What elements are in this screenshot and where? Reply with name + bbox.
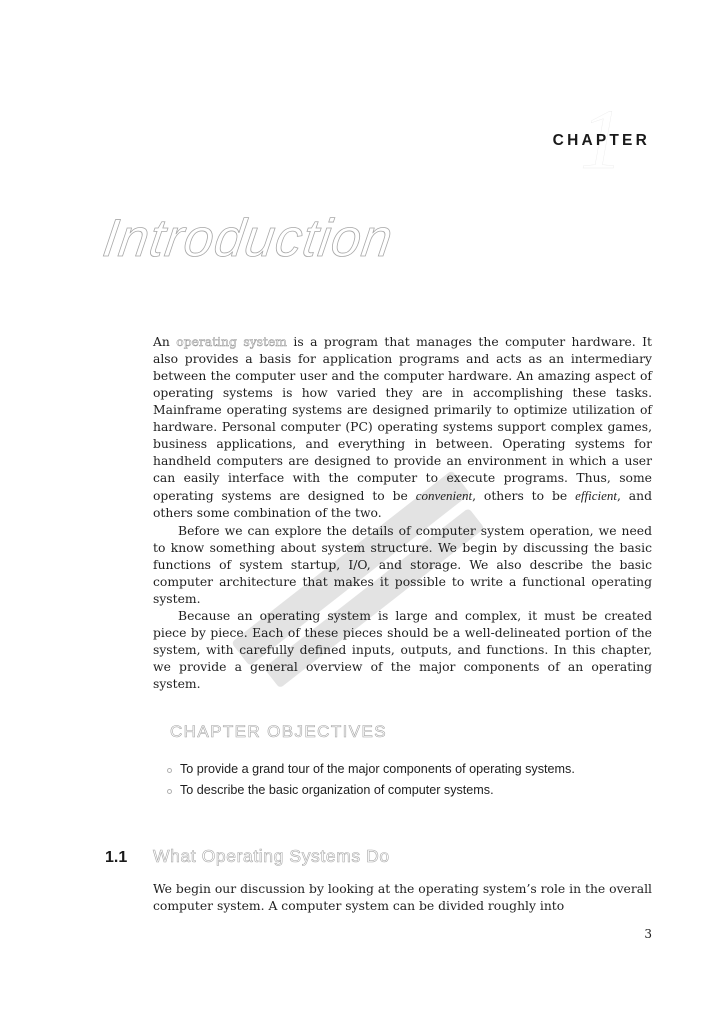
key-term: operating system: [176, 335, 287, 349]
text-run: An: [153, 335, 176, 349]
paragraph: We begin our discussion by looking at th…: [153, 881, 652, 915]
chapter-label: CHAPTER: [553, 132, 650, 150]
objectives-list: To provide a grand tour of the major com…: [167, 759, 575, 801]
text-run: Because an operating system is large and…: [153, 609, 652, 691]
section-number: 1.1: [105, 849, 153, 867]
intro-text: An operating system is a program that ma…: [153, 334, 652, 693]
text-run: is a program that manages the computer h…: [153, 335, 652, 503]
chapter-title: Introduction: [100, 212, 396, 265]
objective-item: To provide a grand tour of the major com…: [167, 759, 575, 780]
section-title: What Operating Systems Do: [153, 846, 390, 867]
page-number: 3: [644, 927, 652, 941]
text-run: Before we can explore the details of com…: [153, 524, 652, 606]
emphasis: convenient: [416, 488, 472, 503]
bullet-icon: [167, 789, 172, 794]
section-text: We begin our discussion by looking at th…: [153, 881, 652, 915]
objective-item: To describe the basic organization of co…: [167, 780, 575, 801]
text-run: We begin our discussion by looking at th…: [153, 882, 652, 913]
objective-text: To provide a grand tour of the major com…: [180, 759, 575, 780]
paragraph: Because an operating system is large and…: [153, 608, 652, 693]
paragraph: An operating system is a program that ma…: [153, 334, 652, 523]
emphasis: efficient: [575, 488, 617, 503]
section-heading: 1.1 What Operating Systems Do: [105, 846, 390, 867]
objective-text: To describe the basic organization of co…: [180, 780, 494, 801]
text-run: , others to be: [472, 489, 575, 503]
bullet-icon: [167, 768, 172, 773]
objectives-heading: CHAPTER OBJECTIVES: [170, 722, 387, 742]
paragraph: Before we can explore the details of com…: [153, 523, 652, 608]
